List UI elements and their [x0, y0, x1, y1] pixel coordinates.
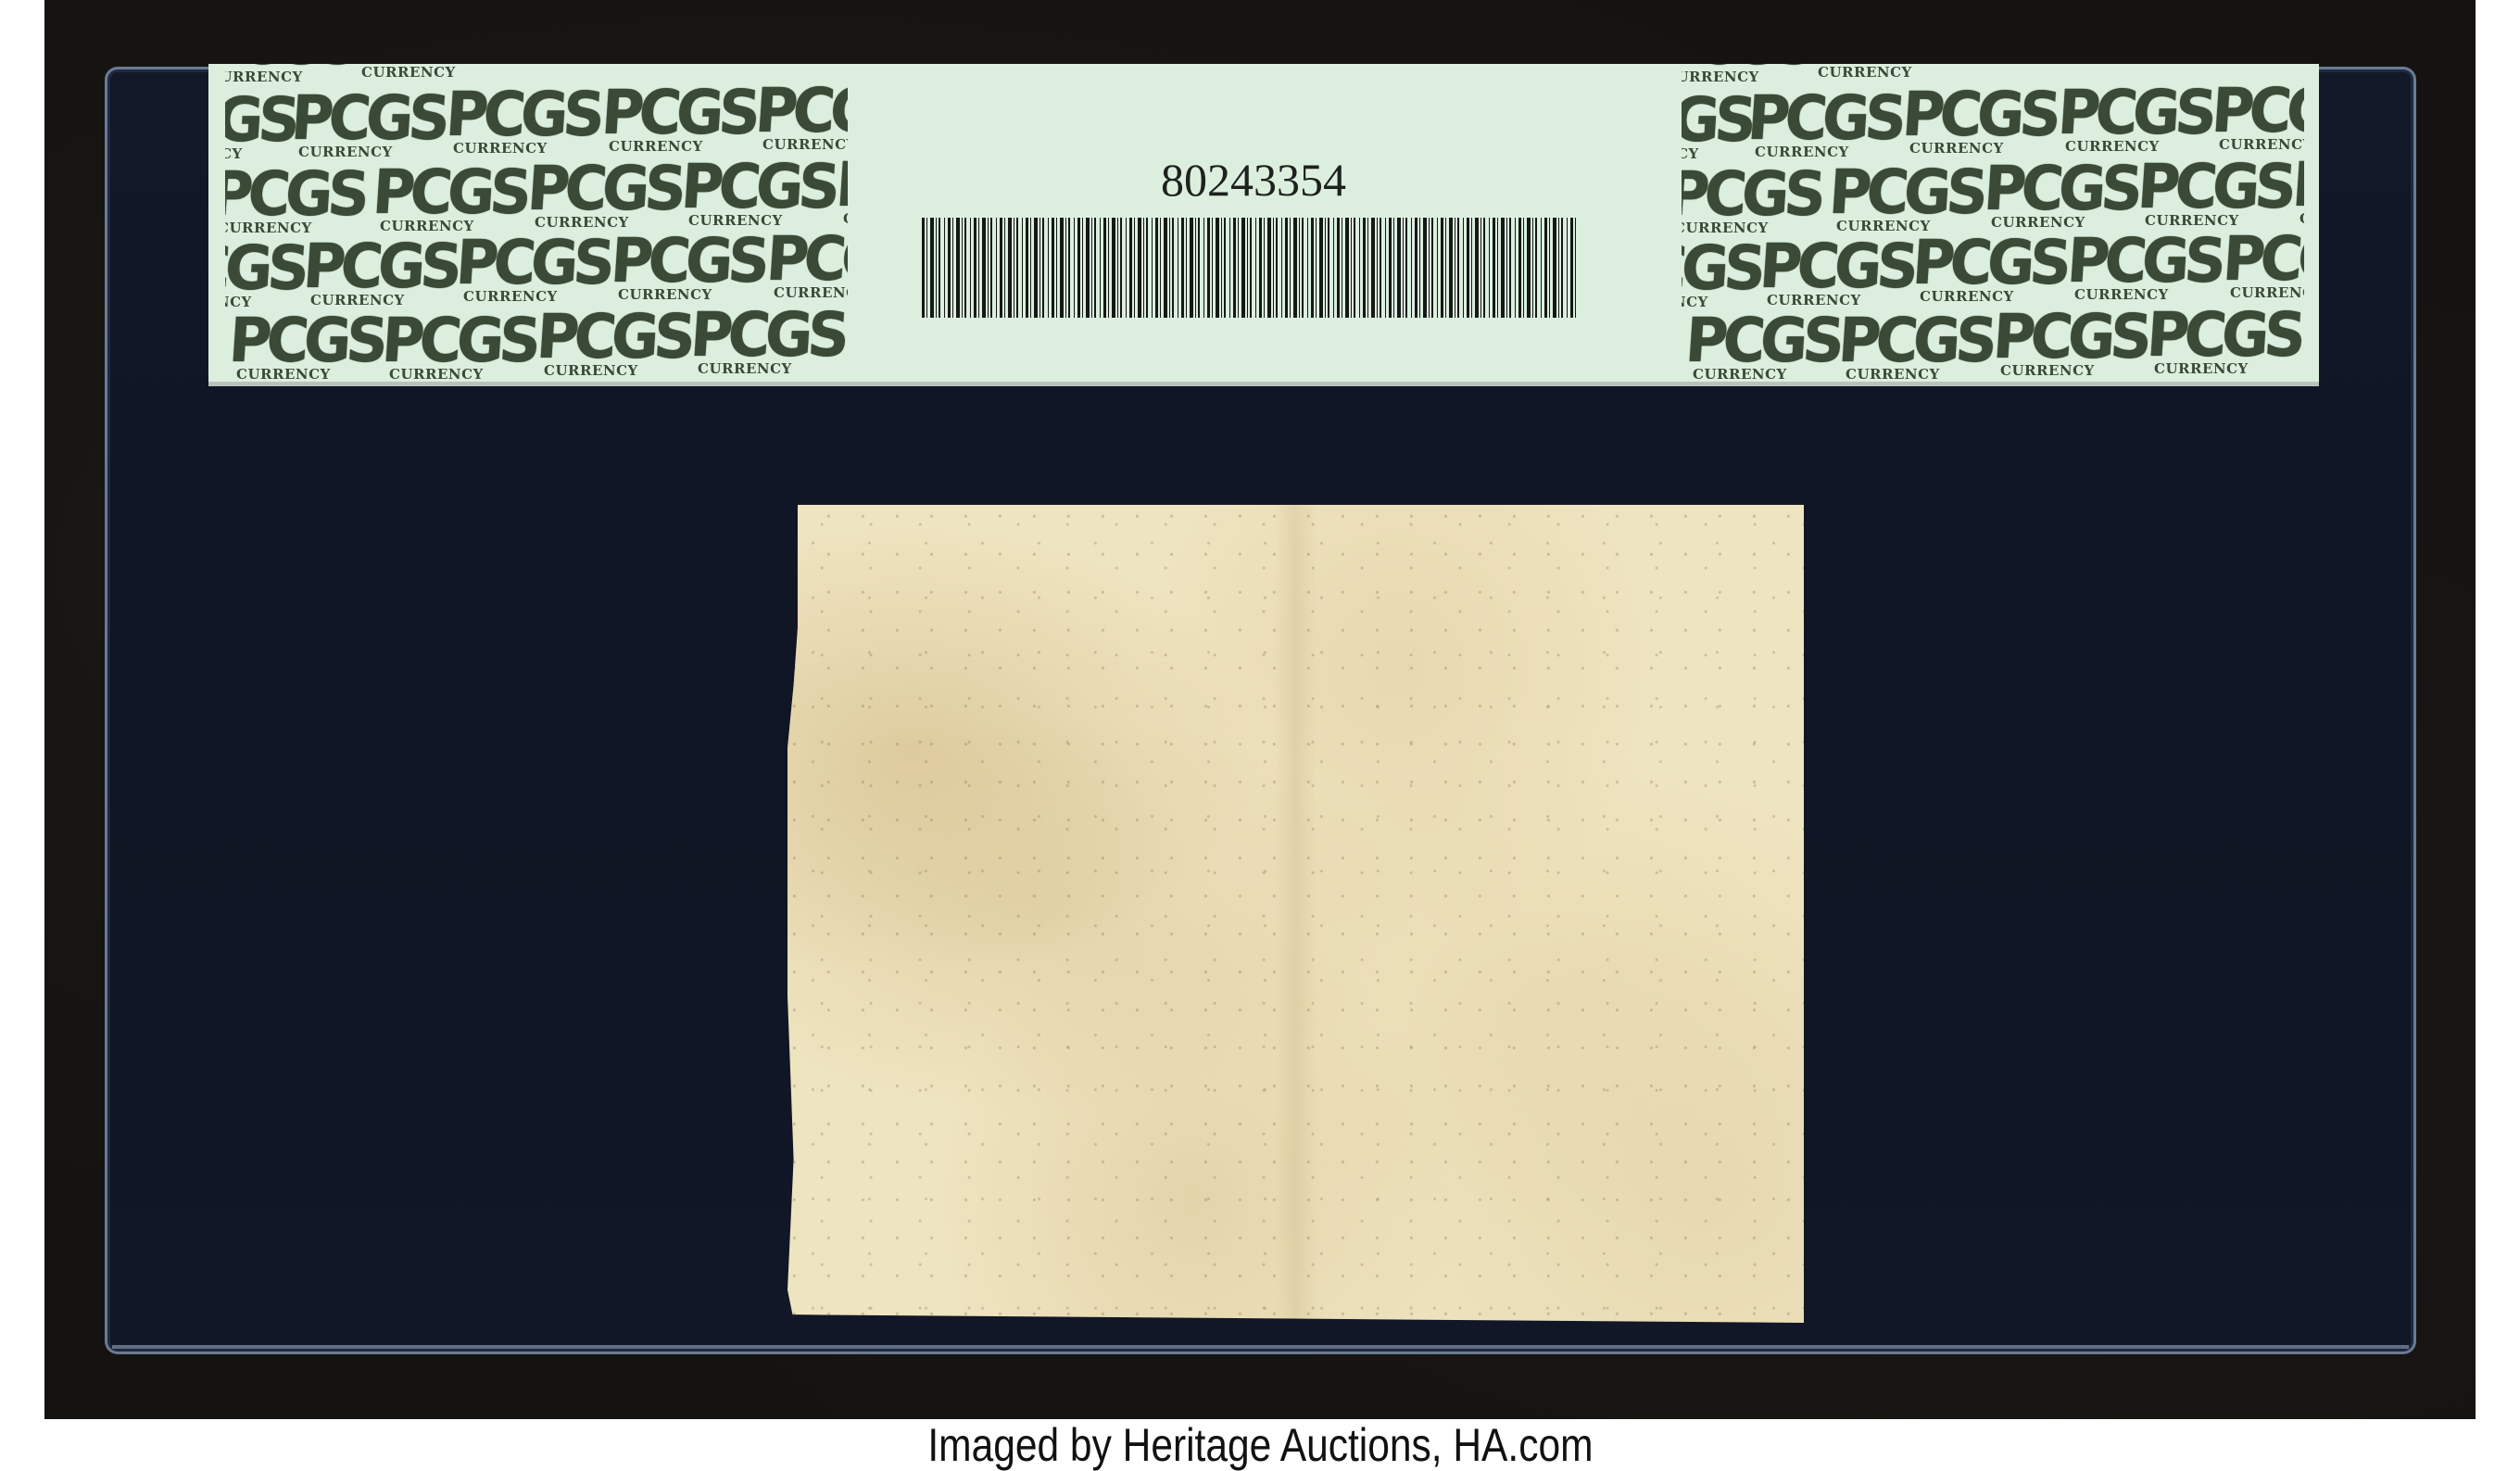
holder-bottom-edge — [112, 1345, 2409, 1349]
pcgs-logo-icon: PCGSCURRENCY — [687, 305, 816, 379]
pcgs-logo-pattern-left: PCGSCURRENCY PCGSCURRENCY PCGSCURRENCY P… — [225, 64, 848, 379]
pcgs-logo-icon: PCGSCURRENCY — [677, 157, 807, 231]
pcgs-logo-pattern-right: PCGSCURRENCY PCGSCURRENCY PCGSCURRENCY P… — [1682, 64, 2304, 379]
pcgs-logo-icon: PCGSCURRENCY — [533, 307, 662, 379]
pcgs-logo-icon: PCGSCURRENCY — [369, 162, 498, 236]
pcgs-logo-icon: PCGSCURRENCY — [1682, 310, 1811, 379]
pcgs-logo-icon: PCGSCURRENCY — [225, 164, 336, 238]
pcgs-logo-icon: PCGSCURRENCY — [1682, 90, 1723, 164]
pcgs-logo-icon: PCGSCURRENCY — [2208, 81, 2304, 155]
pcgs-logo-icon: PCGSCURRENCY — [1756, 236, 1885, 310]
pcgs-logo-icon: PCGSCURRENCY — [2219, 229, 2304, 303]
image-credit-caption: Imaged by Heritage Auctions, HA.com — [0, 1419, 2520, 1471]
pcgs-logo-icon: PCGSCURRENCY — [1980, 158, 2110, 233]
pcgs-logo-icon: PCGSCURRENCY — [1682, 238, 1732, 312]
pcgs-logo-icon: PCGSCURRENCY — [225, 238, 276, 312]
pcgs-logo-icon: PCGSCURRENCY — [1744, 88, 1873, 162]
pcgs-logo-icon: PCGSCURRENCY — [442, 84, 572, 158]
pcgs-logo-icon: PCGSCURRENCY — [378, 310, 508, 379]
pcgs-logo-icon: PCGSCURRENCY — [2134, 157, 2263, 231]
pcgs-logo-icon: PCGSCURRENCY — [523, 158, 653, 233]
pcgs-logo-icon: PCGSCURRENCY — [598, 82, 727, 157]
pcgs-holder-label: PCGSCURRENCY PCGSCURRENCY PCGSCURRENCY P… — [208, 64, 2319, 386]
pcgs-logo-icon: PCGSCURRENCY — [1909, 233, 2038, 307]
pcgs-logo-icon: PCGSCURRENCY — [2063, 231, 2193, 305]
pcgs-logo-icon: PCGSCURRENCY — [225, 310, 355, 379]
pcgs-logo-icon: PCGSCURRENCY — [1825, 162, 1955, 236]
pcgs-logo-icon: PCGSCURRENCY — [225, 90, 267, 164]
caption-text: Imaged by Heritage Auctions, HA.com — [927, 1419, 1593, 1471]
pcgs-logo-icon: PCGSCURRENCY — [2298, 303, 2304, 377]
pcgs-logo-icon: PCGSCURRENCY — [2288, 155, 2304, 229]
pcgs-logo-icon: PCGSCURRENCY — [1834, 310, 1964, 379]
pcgs-logo-icon: PCGSCURRENCY — [762, 229, 848, 303]
certification-serial-number: 80243354 — [1161, 157, 1346, 203]
banknote-back — [787, 505, 1804, 1323]
pcgs-logo-icon: PCGSCURRENCY — [841, 303, 848, 377]
pcgs-logo-icon: PCGSCURRENCY — [2054, 82, 2184, 157]
certification-barcode — [922, 218, 1578, 318]
pcgs-logo-icon: PCGSCURRENCY — [452, 233, 582, 307]
pcgs-logo-icon: PCGSCURRENCY — [1682, 164, 1793, 238]
pcgs-logo-icon: PCGSCURRENCY — [751, 81, 848, 155]
pcgs-logo-icon: PCGSCURRENCY — [1989, 307, 2119, 379]
pcgs-logo-icon: PCGSCURRENCY — [299, 236, 429, 310]
pcgs-logo-icon: PCGSCURRENCY — [1898, 84, 2028, 158]
pcgs-logo-icon: PCGSCURRENCY — [832, 155, 848, 229]
pcgs-logo-icon: PCGSCURRENCY — [2143, 305, 2273, 379]
pcgs-logo-icon: PCGSCURRENCY — [607, 231, 737, 305]
pcgs-logo-icon: PCGSCURRENCY — [287, 88, 417, 162]
